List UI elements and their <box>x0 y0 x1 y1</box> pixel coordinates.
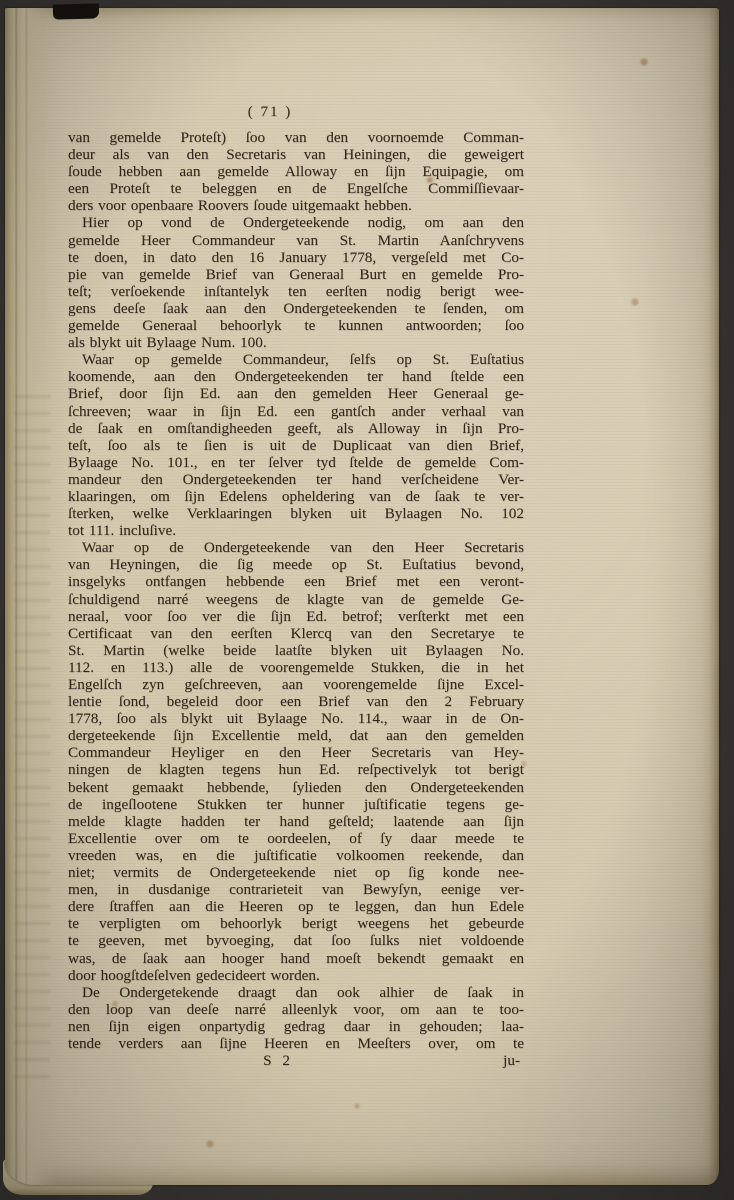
signature-row: S 2 ju- <box>68 1052 524 1069</box>
text-line: de ingeſlootene Stukken ter hunner juſti… <box>68 796 524 813</box>
text-line: Commandeur Heyliger en den Heer Secretar… <box>68 744 524 761</box>
text-line: insgelyks ontfangen hebbende een Brief m… <box>68 573 524 590</box>
text-line: ders voor openbaare Roovers ſoude uitgem… <box>68 197 524 214</box>
text-line: teſt; verſoekende inſtantelyk ten eerſte… <box>68 283 524 300</box>
text-line: lentie ſond, begeleid door een Brief van… <box>68 693 524 710</box>
text-line: melde klagte hadden ter hand geſteld; la… <box>68 813 524 830</box>
text-line: gemelde Generaal behoorlyk te kunnen ant… <box>68 317 524 334</box>
text-line: Waar op gemelde Commandeur, ſelfs op St.… <box>68 351 524 368</box>
binding-gutter-shadow <box>5 8 57 1185</box>
text-line: ningen de klagten tegens hun Ed. reſpect… <box>68 761 524 778</box>
text-line: pie van gemelde Brief van Generaal Burt … <box>68 266 524 283</box>
text-line: de ſaak en omſtandigheeden geeft, als Al… <box>68 420 524 437</box>
text-line: als blykt uit Bylaage Num. 100. <box>68 334 524 351</box>
text-line: te doen, in dato den 16 January 1778, ve… <box>68 249 524 266</box>
text-line: door hoogſtdeſelven gedecideert worden. <box>68 967 524 984</box>
text-line: neraal, voor ſoo ver die ſijn Ed. betrof… <box>68 608 524 625</box>
text-line: ſchuldigend narré weegens de klagte van … <box>68 591 524 608</box>
text-line: nen ſijn eigen onpartydig gedrag daar in… <box>68 1018 524 1035</box>
text-line: dere ſtraffen aan die Heeren op te legge… <box>68 898 524 915</box>
text-line: ſterken, welke Verklaaringen blyken uit … <box>68 505 524 522</box>
text-line: bekent gemaakt hebbende, ſylieden den On… <box>68 779 524 796</box>
text-line: dergeteekende ſijn Excellentie meld, dat… <box>68 727 524 744</box>
text-line: niet; vermits de Ondergeteekende niet op… <box>68 864 524 881</box>
text-line: van Heyningen, die ſig meede op St. Euſt… <box>68 556 524 573</box>
verso-showthrough-smudge <box>14 388 50 1078</box>
text-line: te verpligten om behoorlyk berigt weegen… <box>68 915 524 932</box>
signature-mark: S 2 <box>50 1052 506 1069</box>
text-line: tende verders aan ſijne Heeren en Meeſte… <box>68 1035 524 1052</box>
binding-tape-notch <box>53 3 99 19</box>
text-line: Brief, door ſijn Ed. aan den gemelden He… <box>68 385 524 402</box>
scanned-book-page: ( 71 ) van gemelde Proteſt) ſoo van den … <box>5 8 719 1185</box>
text-line: Bylaage No. 101., en ter ſelver tyd ſtel… <box>68 454 524 471</box>
text-line: teſt, ſoo als te ſien is uit de Duplicaa… <box>68 437 524 454</box>
text-line: mandeur den Ondergeteekenden ter hand ve… <box>68 471 524 488</box>
text-line: tot 111. incluſive. <box>68 522 524 539</box>
text-line: koomende, aan den Ondergeteekenden ter h… <box>68 368 524 385</box>
text-line: men, in dusdanige contrarieteit van Bewy… <box>68 881 524 898</box>
text-line: was, de ſaak aan hooger hand moeſt beken… <box>68 950 524 967</box>
catchword: ju- <box>503 1052 520 1069</box>
text-line: ſoude hebben aan gemelde Alloway en ſijn… <box>68 163 524 180</box>
text-line: 112. en 113.) alle de voorengemelde Stuk… <box>68 659 524 676</box>
text-line: van gemelde Proteſt) ſoo van den voornoe… <box>68 129 524 146</box>
text-line: vreeden was, en die juſtificatie volkoom… <box>68 847 524 864</box>
text-line: Hier op vond de Ondergeteekende nodig, o… <box>68 214 524 231</box>
body-lines: van gemelde Proteſt) ſoo van den voornoe… <box>68 129 524 1052</box>
text-line: Waar op de Ondergeteekende van den Heer … <box>68 539 524 556</box>
text-line: gens deeſe ſaak aan den Ondergeteekenden… <box>68 300 524 317</box>
text-block: van gemelde Proteſt) ſoo van den voornoe… <box>68 129 524 1069</box>
text-line: Engelſch zyn geſchreeven, aan voorengeme… <box>68 676 524 693</box>
text-line: den loop van deeſe narré alleenlyk voor,… <box>68 1001 524 1018</box>
page-right-edge-shade <box>709 8 719 1185</box>
text-line: Excellentie over om te oordeelen, of ſy … <box>68 830 524 847</box>
page-number: ( 71 ) <box>175 104 365 121</box>
text-line: een Proteſt te beleggen en de Engelſche … <box>68 180 524 197</box>
text-line: ſchreeven; waar in ſijn Ed. een gantſch … <box>68 403 524 420</box>
text-line: De Ondergetekende draagt dan ook alhier … <box>68 984 524 1001</box>
text-line: gemelde Heer Commandeur van St. Martin A… <box>68 232 524 249</box>
text-line: deur als van den Secretaris van Heininge… <box>68 146 524 163</box>
text-line: te geeven, met byvoeging, dat ſoo ſulks … <box>68 932 524 949</box>
text-line: klaaringen, om ſijn Edelens opheldering … <box>68 488 524 505</box>
text-line: St. Martin (welke beide laatſte blyken u… <box>68 642 524 659</box>
text-line: Certificaat van den eerſten Klercq van d… <box>68 625 524 642</box>
text-line: 1778, ſoo als blykt uit Bylaage No. 114.… <box>68 710 524 727</box>
